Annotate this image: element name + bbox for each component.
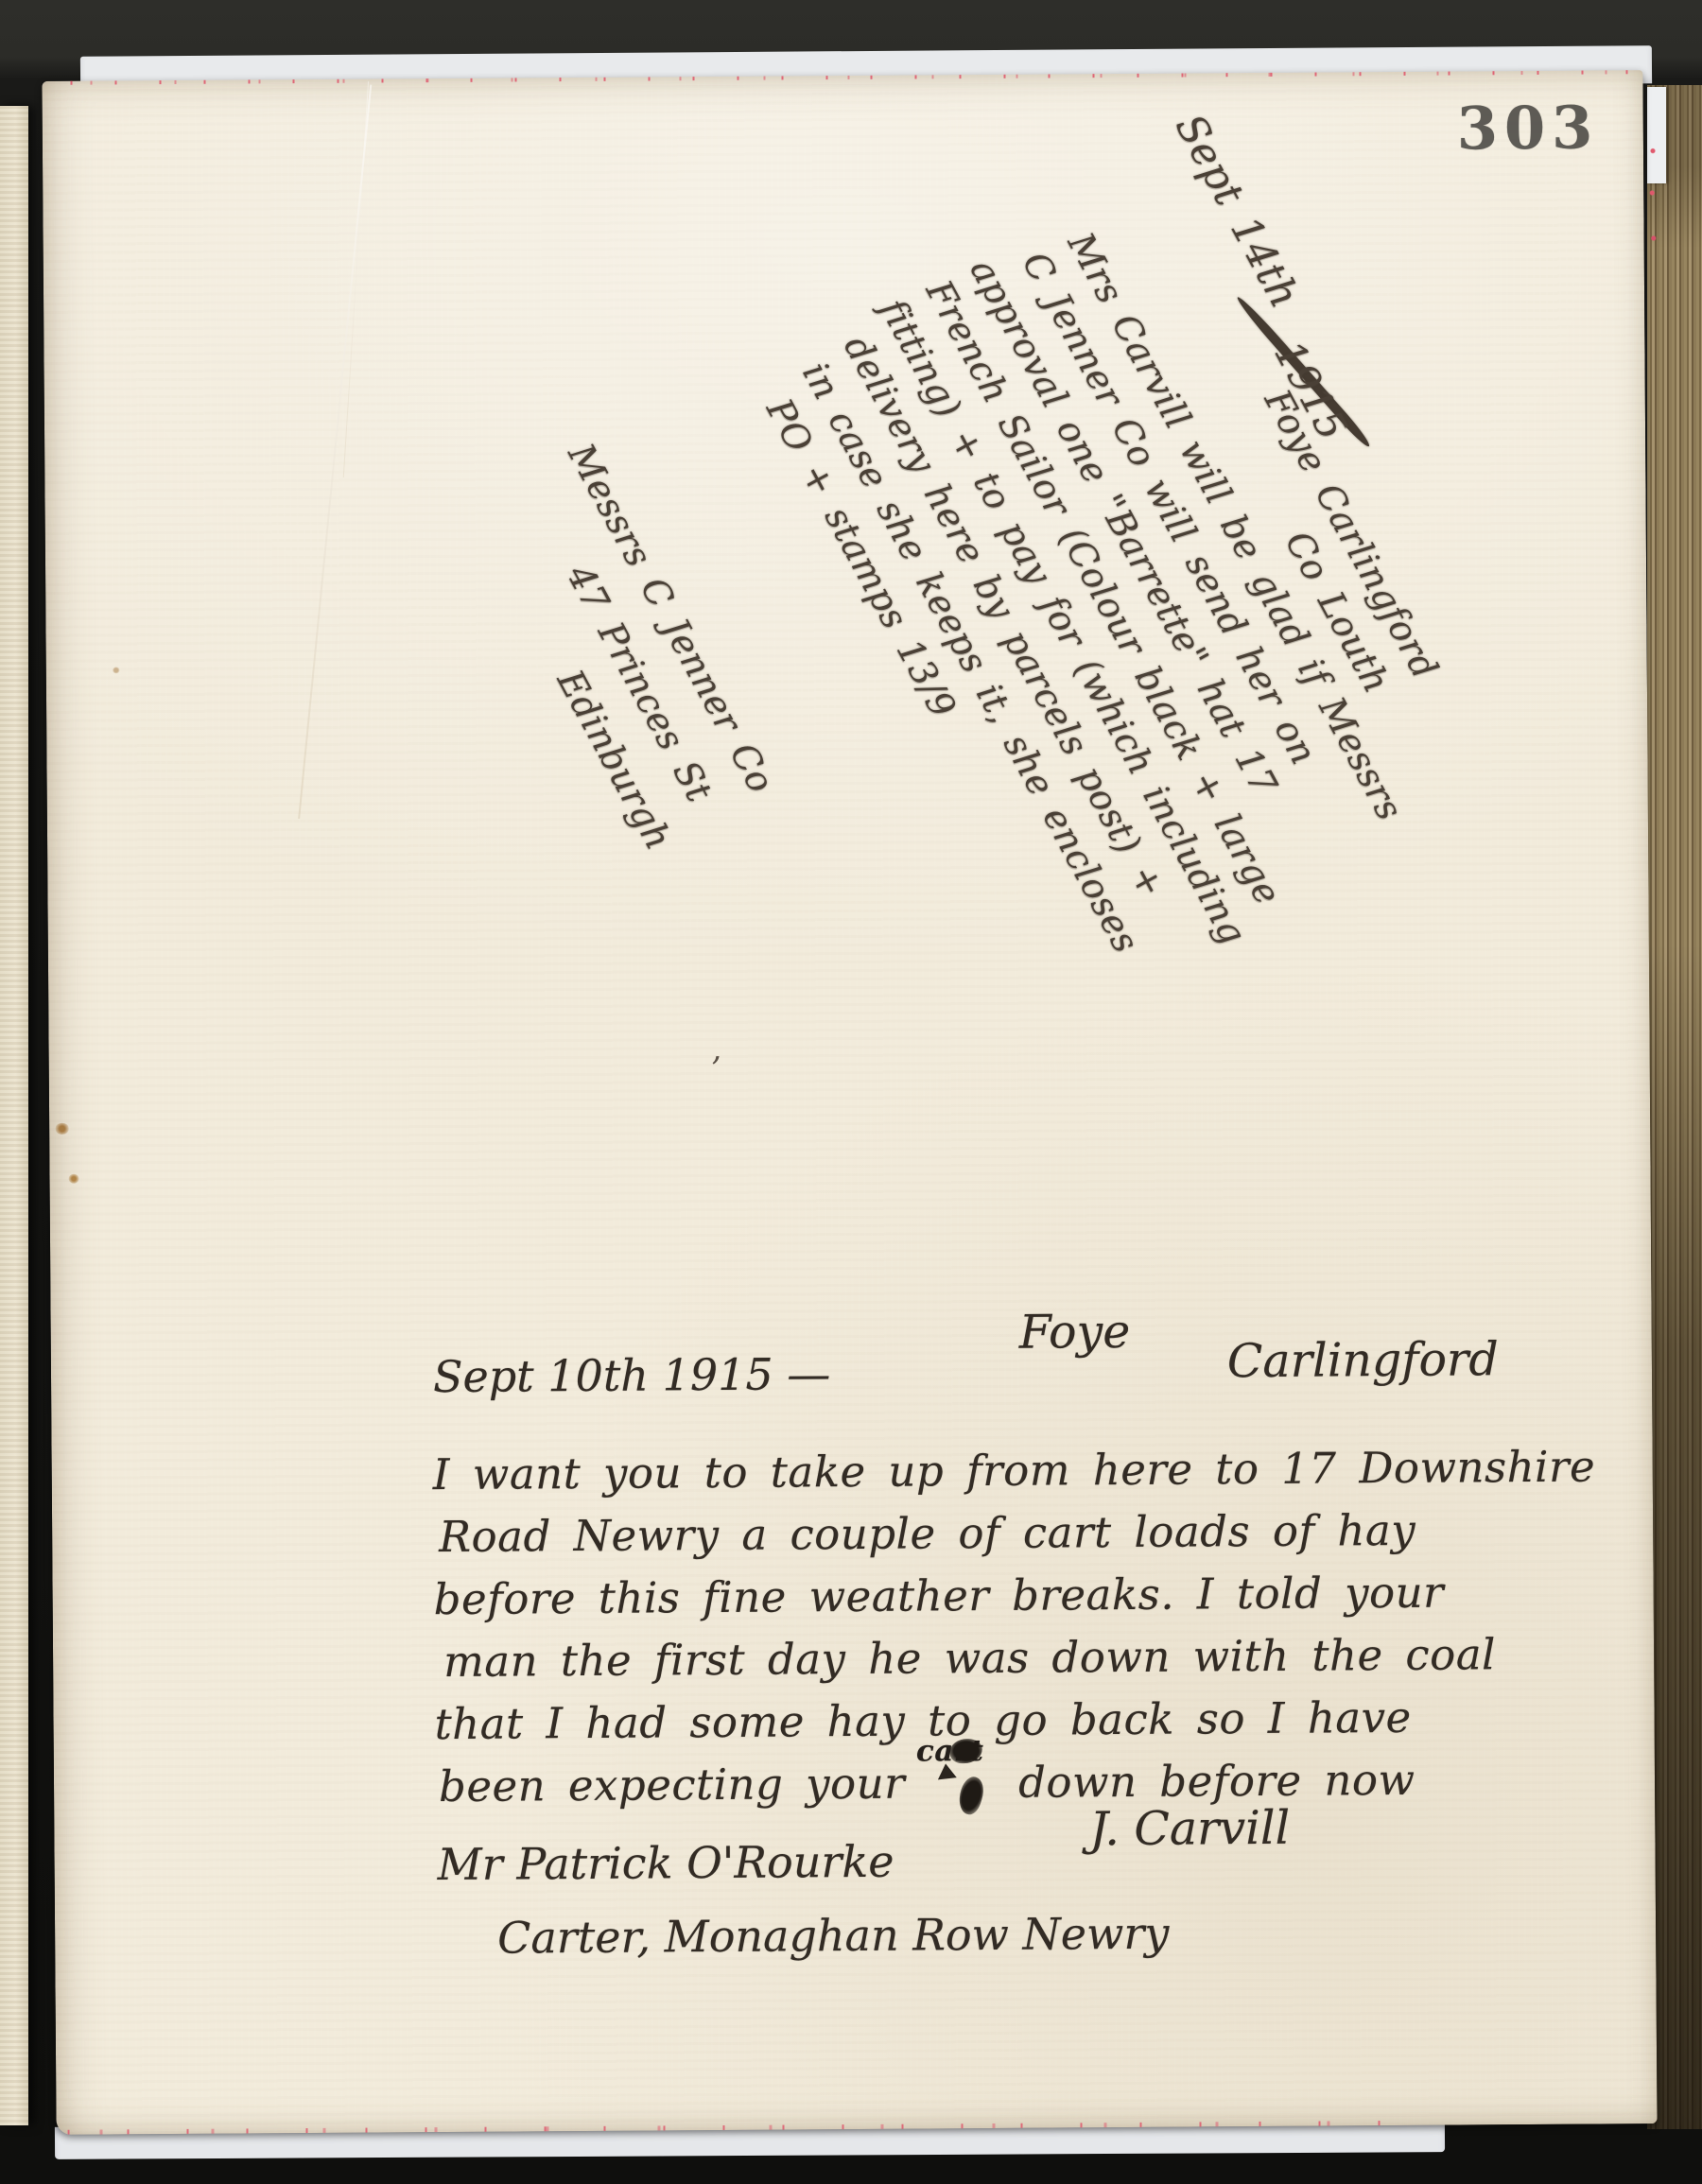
letter-body-line: man the first day he was down with the c… xyxy=(443,1622,1597,1693)
caret-mark xyxy=(936,1762,957,1779)
paper-crease xyxy=(343,81,369,477)
copy-letter-date: Sept 14th xyxy=(1166,107,1309,316)
letter-body-line: I want you to take up from here to 17 Do… xyxy=(433,1436,1596,1507)
letter-place-word: Carlingford xyxy=(1227,1332,1499,1388)
letter-book-page: ’ 303 Sept 14th1915 Foye Carlingford Co … xyxy=(42,70,1657,2135)
letter-body-line: Road Newry a couple of cart loads of hay xyxy=(439,1499,1596,1569)
foxing-spot xyxy=(69,1174,79,1184)
recipient-address: Carter, Monaghan Row Newry xyxy=(497,1908,1170,1964)
letter-date: Sept 10th 1915 — xyxy=(433,1348,831,1402)
recipient-name: Mr Patrick O'Rourke xyxy=(437,1836,894,1890)
signature: J. Carvill xyxy=(1089,1801,1290,1856)
press-copy-letter: Sept 14th1915 Foye Carlingford Co Louth … xyxy=(449,106,1648,1331)
letter-body-last-line: been expecting yourcartdown before now xyxy=(439,1747,1598,1818)
page-number-stamp: 303 xyxy=(1457,93,1600,163)
stray-ink-mark: ’ xyxy=(711,1050,721,1088)
letter-body: I want you to take up from here to 17 Do… xyxy=(433,1436,1598,1819)
letter-body-line: that I had some hay to go back so I have xyxy=(434,1685,1597,1756)
last-line-end: down before now xyxy=(1018,1755,1415,1808)
letter-place-word: Foye xyxy=(1019,1305,1131,1360)
red-edge-speckle-right xyxy=(1649,142,1657,255)
foxing-spot xyxy=(55,1123,69,1135)
letter-body-line: before this fine weather breaks. I told … xyxy=(433,1561,1596,1632)
book-fore-edge xyxy=(1647,85,1702,2129)
adjacent-page-edge xyxy=(0,106,28,2125)
photographed-book-scene: ’ 303 Sept 14th1915 Foye Carlingford Co … xyxy=(0,0,1702,2184)
last-line-start: been expecting your xyxy=(439,1759,905,1811)
foxing-spot xyxy=(113,667,120,673)
